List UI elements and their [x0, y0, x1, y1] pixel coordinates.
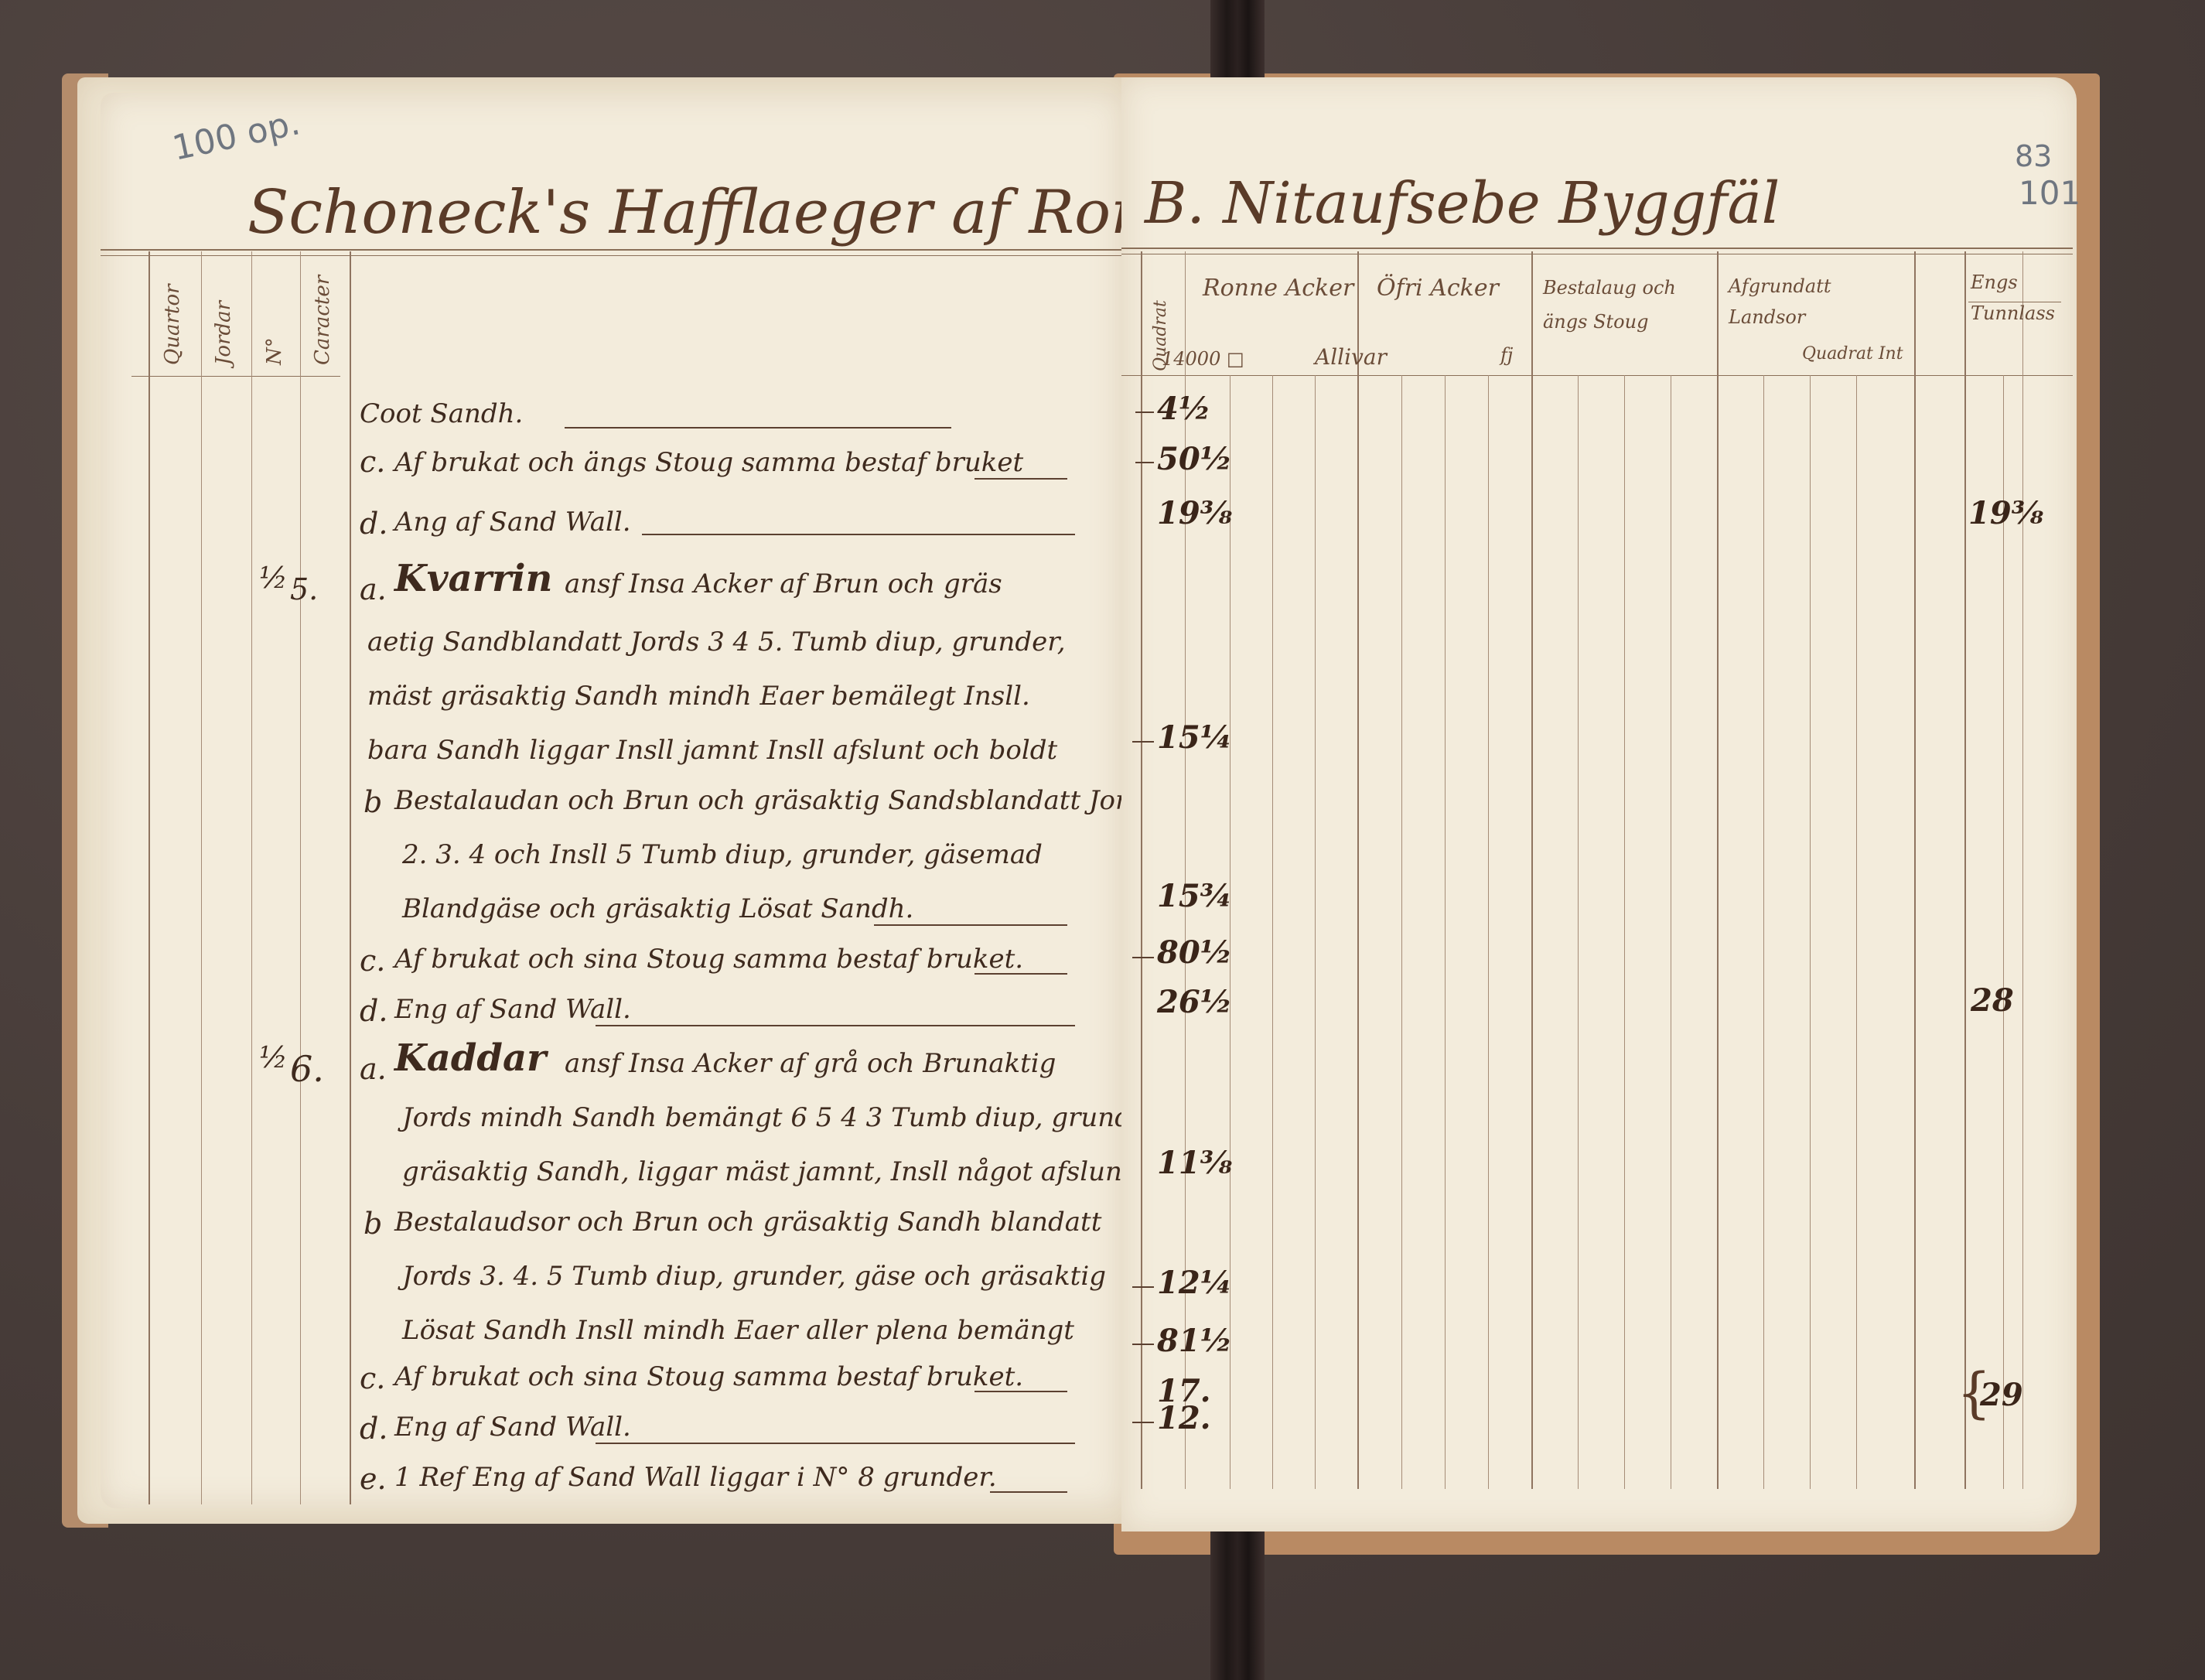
entry-letter: b: [364, 1207, 382, 1241]
eng-tunnland-value: 28: [1971, 982, 2014, 1019]
entry-line: ansf Insa Acker af Brun och gräs: [565, 569, 1002, 599]
ruling: [1914, 251, 1916, 1489]
entry-line: Eng af Sand Wall.: [394, 1412, 631, 1443]
quadrat-value: 12¼: [1157, 1265, 1232, 1301]
quadrat-value: 26½: [1157, 984, 1232, 1020]
quadrat-value: 4½: [1157, 391, 1211, 427]
header-rule: [101, 249, 1121, 251]
quadrat-value: 12.: [1157, 1400, 1211, 1436]
ruling: [1578, 375, 1579, 1489]
quadrat-value: 15¾: [1157, 878, 1232, 914]
entry-line: Jords 3. 4. 5 Tumb diup, grunder, gäse o…: [402, 1261, 1106, 1292]
ruling: [1856, 375, 1857, 1489]
entry-line: Af brukat och ängs Stoug samma bestaf br…: [394, 447, 1023, 478]
entry-line: aetig Sandblandatt Jords 3 4 5. Tumb diu…: [367, 627, 1066, 657]
column-sub-ronne-acker: Allivar: [1315, 344, 1387, 370]
leader-line: [596, 1025, 1075, 1026]
entry-letter: b: [364, 785, 382, 819]
ruling: [1624, 375, 1625, 1489]
column-header-ronne-acker: Ronne Acker: [1203, 275, 1353, 302]
column-sub-afgrundatt: Quadrat Int: [1802, 344, 1903, 364]
leader-tick: [1132, 741, 1154, 743]
quadrat-value: 50½: [1157, 441, 1232, 477]
leader-tick: [1132, 1344, 1154, 1345]
ruling: [148, 251, 150, 1504]
entry-letter: e.: [360, 1462, 387, 1496]
column-header-jordar: Jordar: [212, 265, 235, 365]
right-page: B. Nitaufsebe Byggfäl 83 101 Quadrat 140…: [1121, 77, 2077, 1531]
column-header-engs-tunnlass: Engs Tunnlass: [1971, 267, 2040, 329]
ruling: [1272, 375, 1273, 1489]
entry-letter: c.: [360, 445, 385, 479]
ruling: [1717, 251, 1719, 1489]
leader-line: [642, 534, 1075, 535]
ruling: [300, 251, 301, 1504]
ruling: [350, 251, 351, 1504]
entry-line: Af brukat och sina Stoug samma bestaf br…: [394, 1361, 1023, 1392]
leader-line: [565, 427, 951, 429]
entry-letter: a.: [360, 572, 387, 606]
leader-tick: [1132, 1286, 1154, 1288]
ruling: [201, 251, 202, 1504]
ruling: [1531, 251, 1533, 1489]
entry-number: 6.: [290, 1048, 324, 1090]
ruling: [1401, 375, 1402, 1489]
entry-letter: a.: [360, 1052, 387, 1086]
column-header-bestalaug: Bestalaug och ängs Stoug: [1543, 271, 1713, 339]
quadrat-value: 19⅜: [1157, 495, 1232, 531]
entry-number: 5.: [290, 572, 318, 606]
eng-tunnland-value: 19⅜: [1968, 495, 2043, 531]
ruling: [1185, 251, 1186, 1489]
leader-tick: [1132, 957, 1154, 958]
column-header-ofri-acker: Öfri Acker: [1377, 275, 1499, 302]
entry-letter: d.: [360, 994, 387, 1028]
header-rule-thin: [1121, 254, 2073, 254]
entry-line: Af brukat och sina Stoug samma bestaf br…: [394, 944, 1023, 975]
entry-quarter: ½: [259, 561, 288, 595]
title-left: Schoneck's Hafflaeger af Ronder: [247, 178, 1253, 248]
ruling: [1810, 375, 1811, 1489]
ruling: [2003, 375, 2004, 1489]
entry-line: Ang af Sand Wall.: [394, 507, 631, 538]
entry-letter: d.: [360, 1412, 387, 1446]
entry-line: 1 Ref Eng af Sand Wall liggar i N° 8 gru…: [394, 1462, 997, 1493]
leader-tick: [1135, 462, 1154, 463]
entry-line: Lösat Sandh Insll mindh Eaer aller plena…: [402, 1315, 1074, 1346]
entry-line: 2. 3. 4 och Insll 5 Tumb diup, grunder, …: [402, 839, 1043, 870]
quadrat-value: 11⅜: [1157, 1145, 1232, 1181]
ruling: [1315, 375, 1316, 1489]
field-name: Kaddar: [394, 1036, 546, 1080]
column-sub-quadrat: 14000 □: [1162, 348, 1244, 370]
quadrat-value: 80½: [1157, 934, 1232, 971]
leader-line: [596, 1443, 1075, 1444]
ruling: [1964, 251, 1966, 1489]
eng-tunnland-value: 29: [1980, 1377, 2023, 1413]
quadrat-value: 81½: [1157, 1323, 1232, 1359]
ruling: [2022, 251, 2023, 1489]
entry-letter: c.: [360, 1361, 385, 1395]
column-header-afgrundatt: Afgrundatt Landsor: [1729, 271, 1906, 333]
leader-tick: [1135, 411, 1154, 413]
header-divider: [1968, 302, 2061, 302]
ruling: [1230, 375, 1230, 1489]
column-header-rule: [131, 376, 340, 377]
entry-line: ansf Insa Acker af grå och Brunaktig: [565, 1048, 1056, 1079]
entry-line: mäst gräsaktig Sandh mindh Eaer bemälegt…: [367, 681, 1030, 712]
column-header-quarter: Quartor: [161, 265, 184, 365]
entry-line: gräsaktig Sandh, liggar mäst jamnt, Insl…: [402, 1156, 1133, 1187]
leader-line: [975, 973, 1067, 975]
column-header-caracter: Caracter: [311, 265, 334, 365]
ruling: [251, 251, 252, 1504]
entry-line: Eng af Sand Wall.: [394, 994, 631, 1025]
ruling: [1763, 375, 1764, 1489]
entry-line: Jords mindh Sandh bemängt 6 5 4 3 Tumb d…: [402, 1102, 1159, 1133]
column-sub-ofri-acker: fj: [1500, 344, 1513, 366]
entry-line: Blandgäse och gräsaktig Lösat Sandh.: [402, 893, 913, 924]
header-rule: [1121, 248, 2073, 249]
header-rule-thin: [101, 255, 1121, 256]
title-right: B. Nitaufsebe Byggfäl: [1145, 170, 1780, 237]
column-header-rule: [1121, 375, 2073, 376]
entry-line: Bestalaudsor och Brun och gräsaktig Sand…: [394, 1207, 1101, 1238]
leader-line: [874, 924, 1067, 926]
ruling: [1671, 375, 1671, 1489]
leader-line: [990, 1491, 1067, 1493]
leader-line: [975, 478, 1067, 480]
entry-line: bara Sandh liggar Insll jamnt Insll afsl…: [367, 735, 1057, 766]
ruling: [1488, 375, 1489, 1489]
entry-line: Coot Sandh.: [360, 398, 523, 429]
entry-letter: d.: [360, 507, 387, 541]
leader-tick: [1132, 1422, 1154, 1423]
entry-letter: c.: [360, 944, 385, 978]
left-page: 100 op. Schoneck's Hafflaeger af Ronder …: [101, 93, 1121, 1508]
pencil-folio-left: 100 op.: [169, 103, 304, 169]
field-name: Kvarrin: [394, 557, 552, 600]
ruling: [1445, 375, 1446, 1489]
ruling: [1141, 251, 1142, 1489]
leader-line: [975, 1391, 1067, 1392]
quadrat-value: 15¼: [1157, 719, 1232, 756]
pencil-folio-right-top: 83: [2015, 139, 2052, 173]
column-header-number: N°: [263, 265, 286, 365]
ruling: [1357, 251, 1359, 1489]
entry-quarter: ½: [259, 1040, 288, 1074]
pencil-folio-right-bottom: 101: [2019, 174, 2080, 212]
entry-line: Bestalaudan och Brun och gräsaktig Sands…: [394, 785, 1145, 816]
